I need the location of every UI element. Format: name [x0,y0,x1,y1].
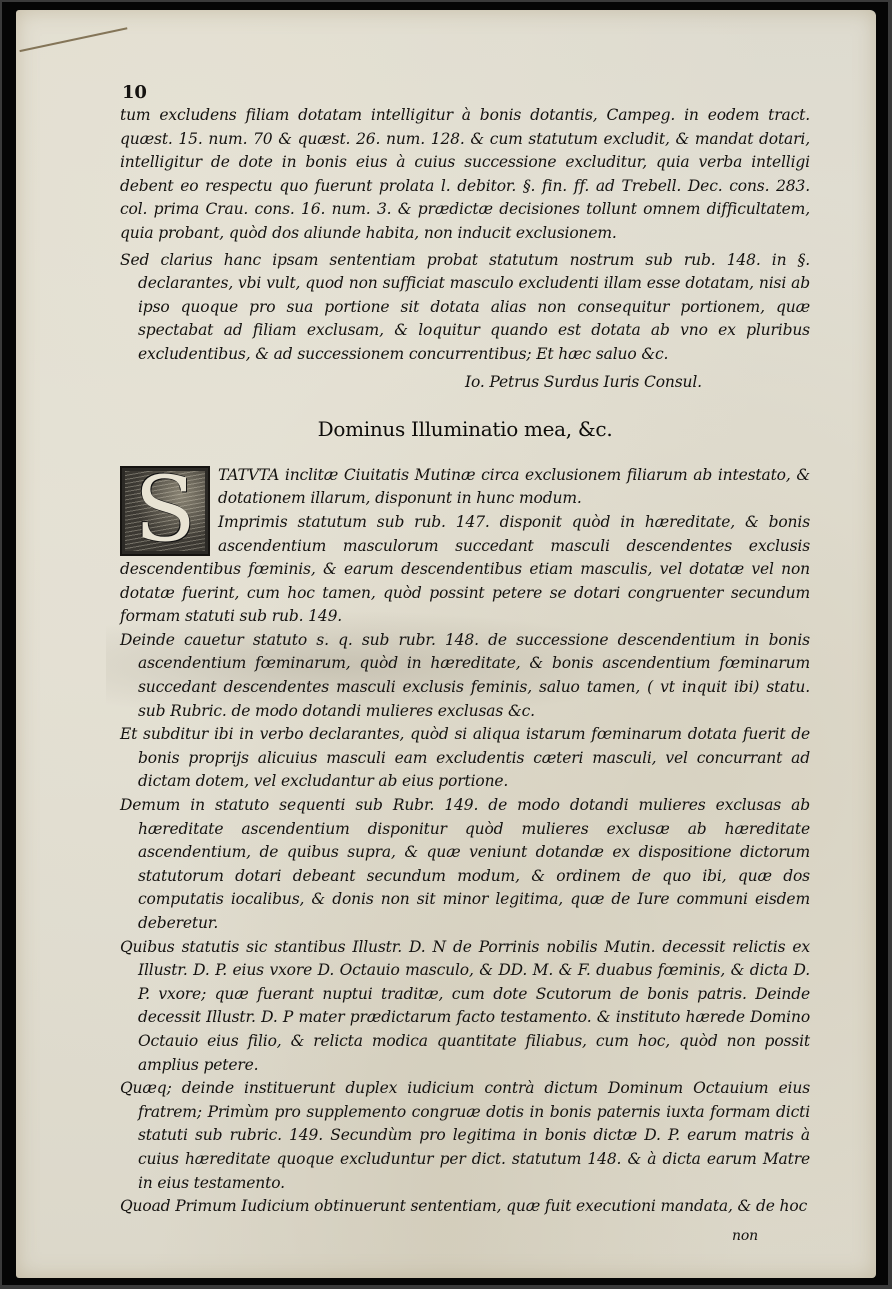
paragraph-quoad: Quoad Primum Iudicium obtinuerunt senten… [120,1195,810,1219]
section-heading: Dominus Illuminatio mea, &c. [120,418,810,442]
statute-section: S TATVTA inclitæ Ciuitatis Mutinæ circa … [120,464,810,629]
page-corner-crease [19,27,135,91]
paragraph-sed-clarius: Sed clarius hanc ipsam sententiam probat… [120,249,810,367]
book-page: 10 tum excludens filiam dotatam intellig… [16,10,876,1278]
initial-letter: S [122,466,208,556]
decorated-initial-icon: S [120,466,210,556]
paragraph-deinde: Deinde cauetur statuto s. q. sub rubr. 1… [120,629,810,723]
paragraph-statuta: TATVTA inclitæ Ciuitatis Mutinæ circa ex… [120,464,810,511]
paragraph-quibus: Quibus statutis sic stantibus Illustr. D… [120,936,810,1078]
page-text-block: 10 tum excludens filiam dotatam intellig… [120,82,810,1248]
catchword: non [120,1225,758,1249]
paragraph-demum: Demum in statuto sequenti sub Rubr. 149.… [120,794,810,936]
folio-number: 10 [122,82,810,104]
paragraph-quaeq: Quæq; deinde instituerunt duplex iudiciu… [120,1077,810,1195]
opening-paragraph: tum excludens filiam dotatam intelligitu… [120,104,810,246]
paragraph-imprimis: Imprimis statutum sub rub. 147. disponit… [120,511,810,629]
paragraph-et-subditur: Et subditur ibi in verbo declarantes, qu… [120,723,810,794]
author-signature: Io. Petrus Surdus Iuris Consul. [465,371,810,395]
